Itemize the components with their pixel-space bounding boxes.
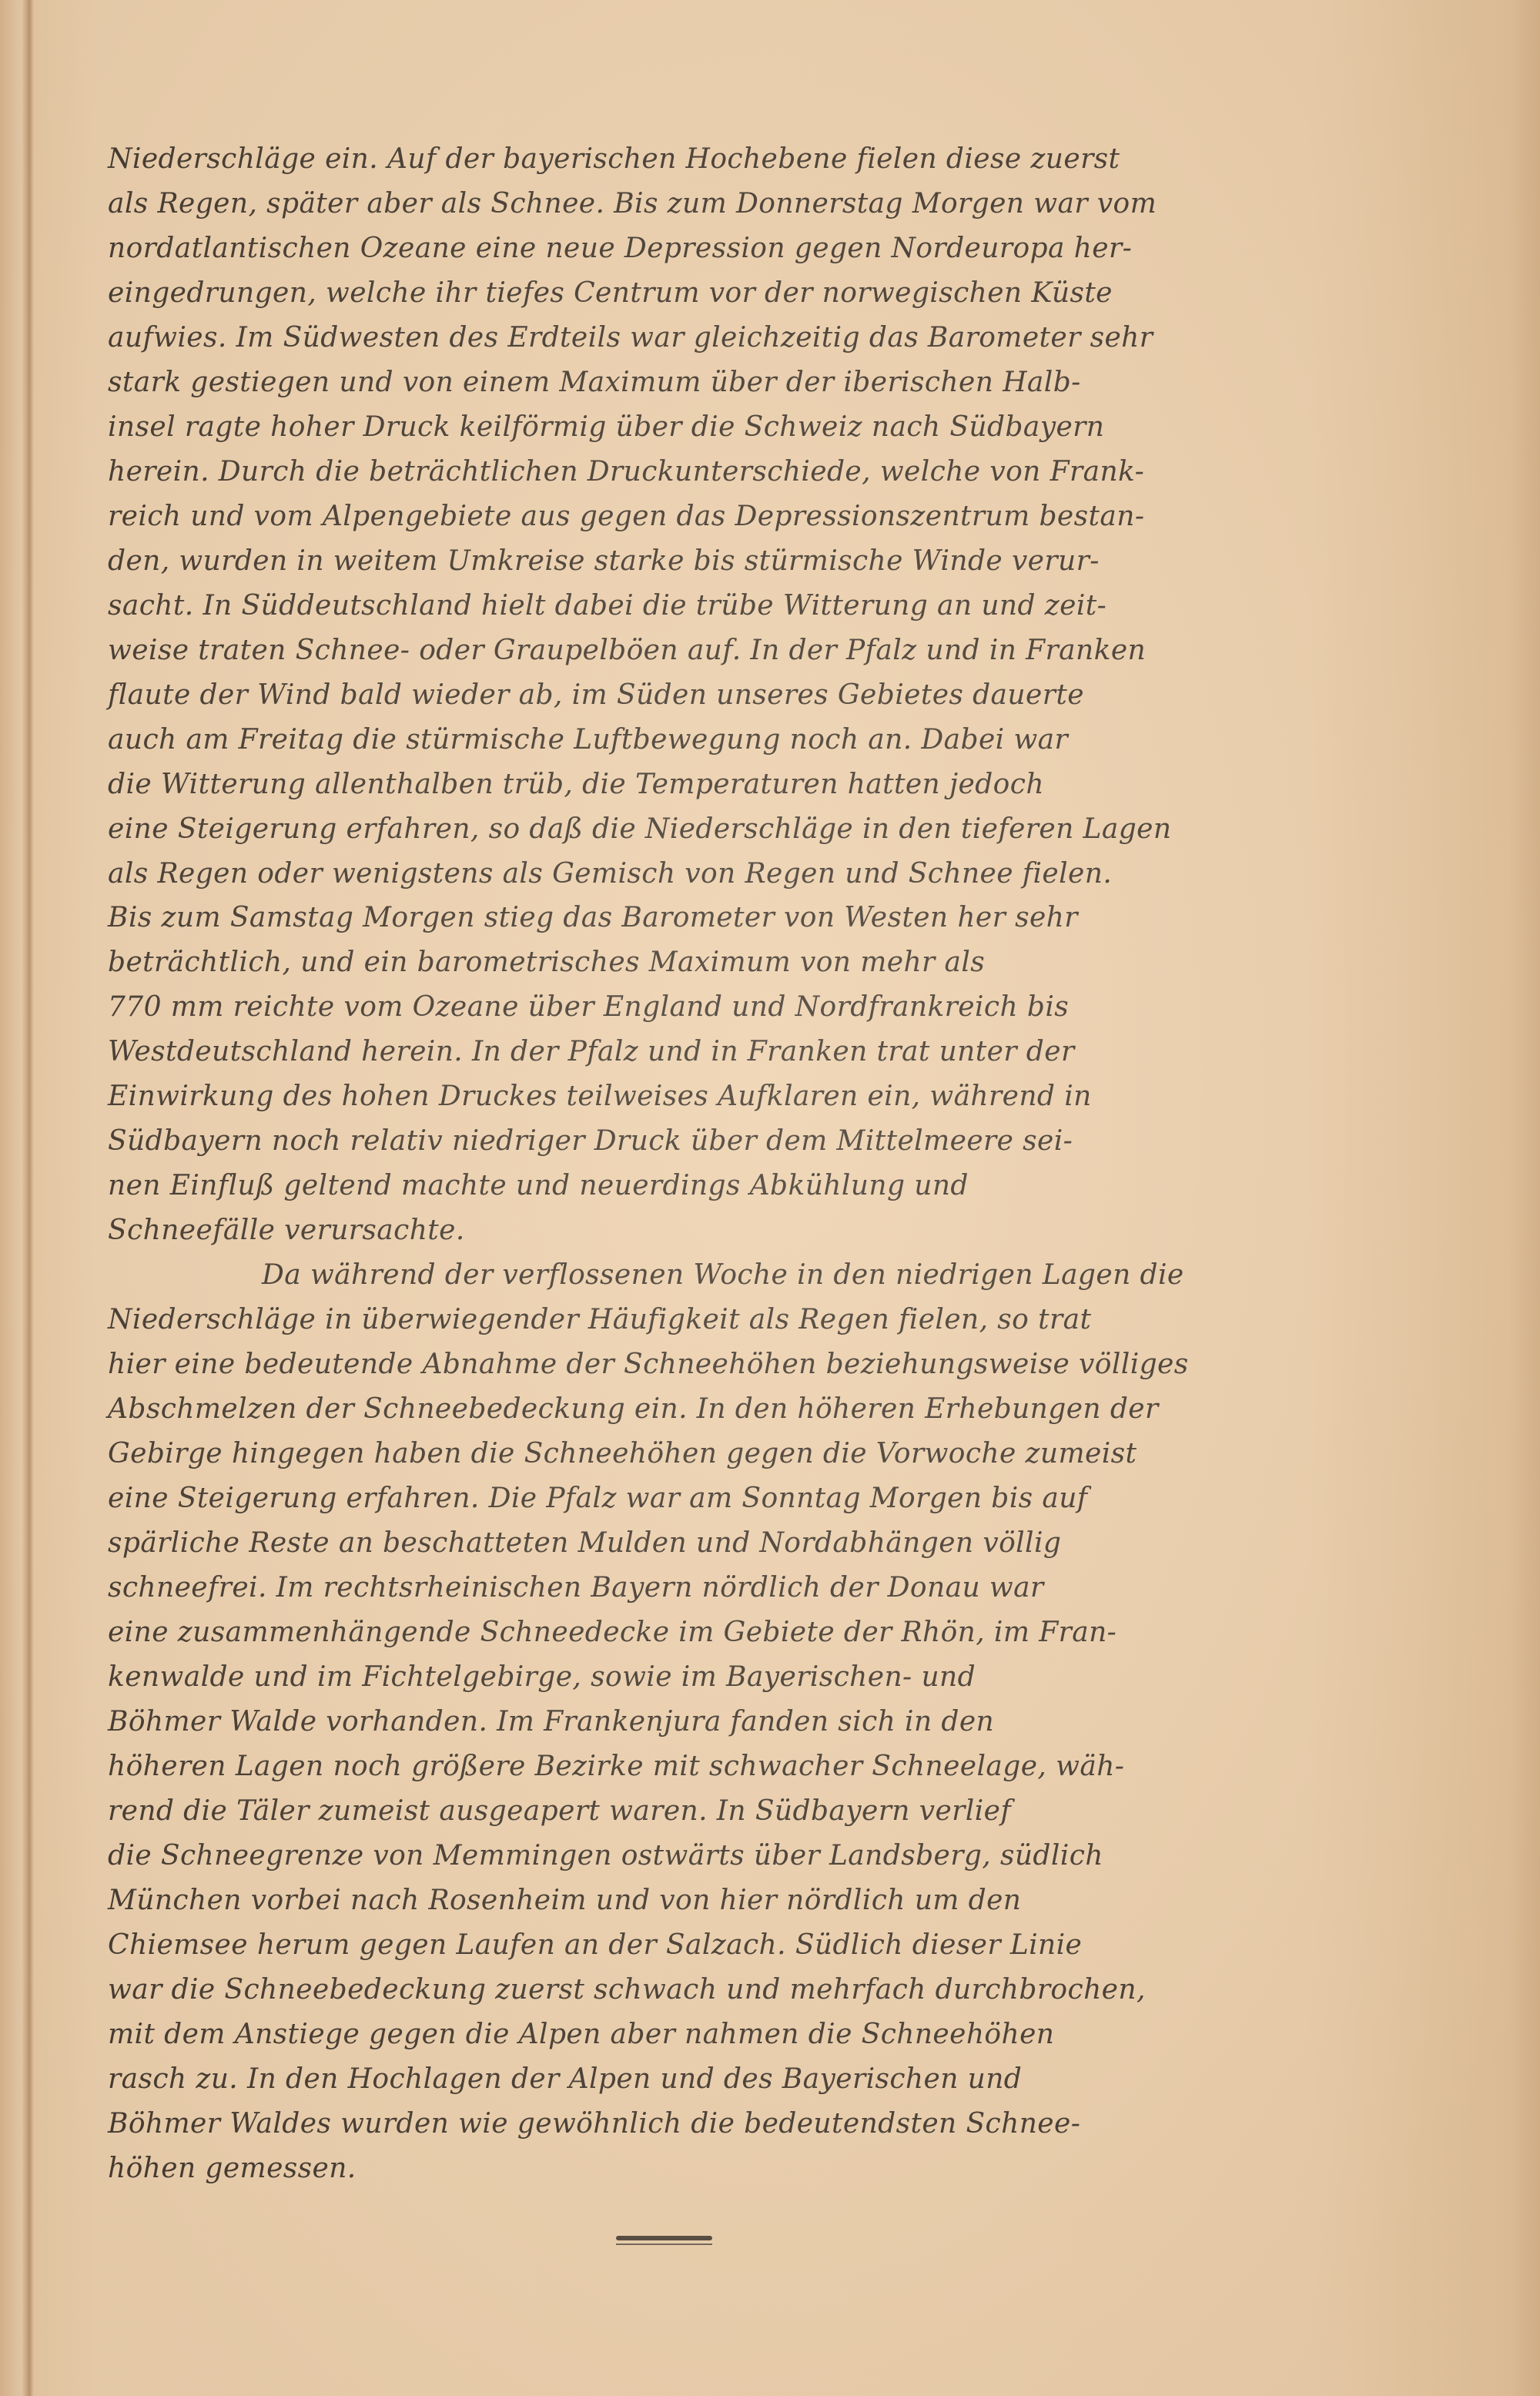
text-line: beträchtlich, und ein barometrisches Max… xyxy=(108,940,1517,985)
text-line: reich und vom Alpengebiete aus gegen das… xyxy=(108,494,1517,539)
text-line: die Witterung allenthalben trüb, die Tem… xyxy=(108,762,1517,807)
rule-thin-line xyxy=(616,2244,712,2245)
handwritten-text-block: Niederschläge ein. Auf der bayerischen H… xyxy=(108,137,1517,2191)
text-line: Schneefälle verursachte. xyxy=(108,1208,1517,1253)
text-line: Niederschläge in überwiegender Häufigkei… xyxy=(108,1298,1517,1342)
text-line: spärliche Reste an beschatteten Mulden u… xyxy=(108,1521,1517,1566)
text-line: schneefrei. Im rechtsrheinischen Bayern … xyxy=(108,1566,1517,1610)
text-line: rend die Täler zumeist ausgeapert waren.… xyxy=(108,1789,1517,1834)
text-line: weise traten Schnee- oder Graupelböen au… xyxy=(108,628,1517,673)
text-line: kenwalde und im Fichtelgebirge, sowie im… xyxy=(108,1655,1517,1700)
text-line: höhen gemessen. xyxy=(108,2146,1517,2191)
text-line: Böhmer Waldes wurden wie gewöhnlich die … xyxy=(108,2102,1517,2146)
text-line: sacht. In Süddeutschland hielt dabei die… xyxy=(108,584,1517,628)
text-line: stark gestiegen und von einem Maximum üb… xyxy=(108,360,1517,405)
text-line: aufwies. Im Südwesten des Erdteils war g… xyxy=(108,316,1517,360)
paragraph-start-line: Da während der verflossenen Woche in den… xyxy=(108,1253,1517,1298)
text-line: eine Steigerung erfahren, so daß die Nie… xyxy=(108,807,1517,852)
text-line: hier eine bedeutende Abnahme der Schneeh… xyxy=(108,1342,1517,1387)
text-line: Niederschläge ein. Auf der bayerischen H… xyxy=(108,137,1517,182)
text-line: flaute der Wind bald wieder ab, im Süden… xyxy=(108,673,1517,718)
text-line: herein. Durch die beträchtlichen Druckun… xyxy=(108,450,1517,494)
section-end-double-rule xyxy=(616,2236,712,2247)
text-line: auch am Freitag die stürmische Luftbeweg… xyxy=(108,718,1517,762)
text-line: höheren Lagen noch größere Bezirke mit s… xyxy=(108,1744,1517,1789)
text-line: war die Schneebedeckung zuerst schwach u… xyxy=(108,1968,1517,2012)
text-line: rasch zu. In den Hochlagen der Alpen und… xyxy=(108,2057,1517,2102)
text-line: insel ragte hoher Druck keilförmig über … xyxy=(108,405,1517,450)
text-line: Chiemsee herum gegen Laufen an der Salza… xyxy=(108,1923,1517,1968)
text-line: München vorbei nach Rosenheim und von hi… xyxy=(108,1878,1517,1923)
text-line: Einwirkung des hohen Druckes teilweises … xyxy=(108,1074,1517,1119)
text-line: eingedrungen, welche ihr tiefes Centrum … xyxy=(108,271,1517,316)
text-line: den, wurden in weitem Umkreise starke bi… xyxy=(108,539,1517,584)
text-line: als Regen oder wenigstens als Gemisch vo… xyxy=(108,852,1517,896)
text-line: mit dem Anstiege gegen die Alpen aber na… xyxy=(108,2012,1517,2057)
text-line: 770 mm reichte vom Ozeane über England u… xyxy=(108,985,1517,1030)
text-line: Abschmelzen der Schneebedeckung ein. In … xyxy=(108,1387,1517,1432)
text-line: als Regen, später aber als Schnee. Bis z… xyxy=(108,182,1517,226)
text-line: nordatlantischen Ozeane eine neue Depres… xyxy=(108,226,1517,271)
text-line: Westdeutschland herein. In der Pfalz und… xyxy=(108,1030,1517,1074)
text-line: eine Steigerung erfahren. Die Pfalz war … xyxy=(108,1476,1517,1521)
text-line: eine zusammenhängende Schneedecke im Geb… xyxy=(108,1610,1517,1655)
manuscript-page: Niederschläge ein. Auf der bayerischen H… xyxy=(0,0,1540,2396)
text-line: die Schneegrenze von Memmingen ostwärts … xyxy=(108,1834,1517,1878)
rule-thick-line xyxy=(616,2236,712,2240)
text-line: nen Einfluß geltend machte und neuerding… xyxy=(108,1164,1517,1208)
text-line: Böhmer Walde vorhanden. Im Frankenjura f… xyxy=(108,1700,1517,1744)
text-line: Bis zum Samstag Morgen stieg das Baromet… xyxy=(108,896,1517,940)
text-line: Gebirge hingegen haben die Schneehöhen g… xyxy=(108,1432,1517,1476)
text-line: Südbayern noch relativ niedriger Druck ü… xyxy=(108,1119,1517,1164)
